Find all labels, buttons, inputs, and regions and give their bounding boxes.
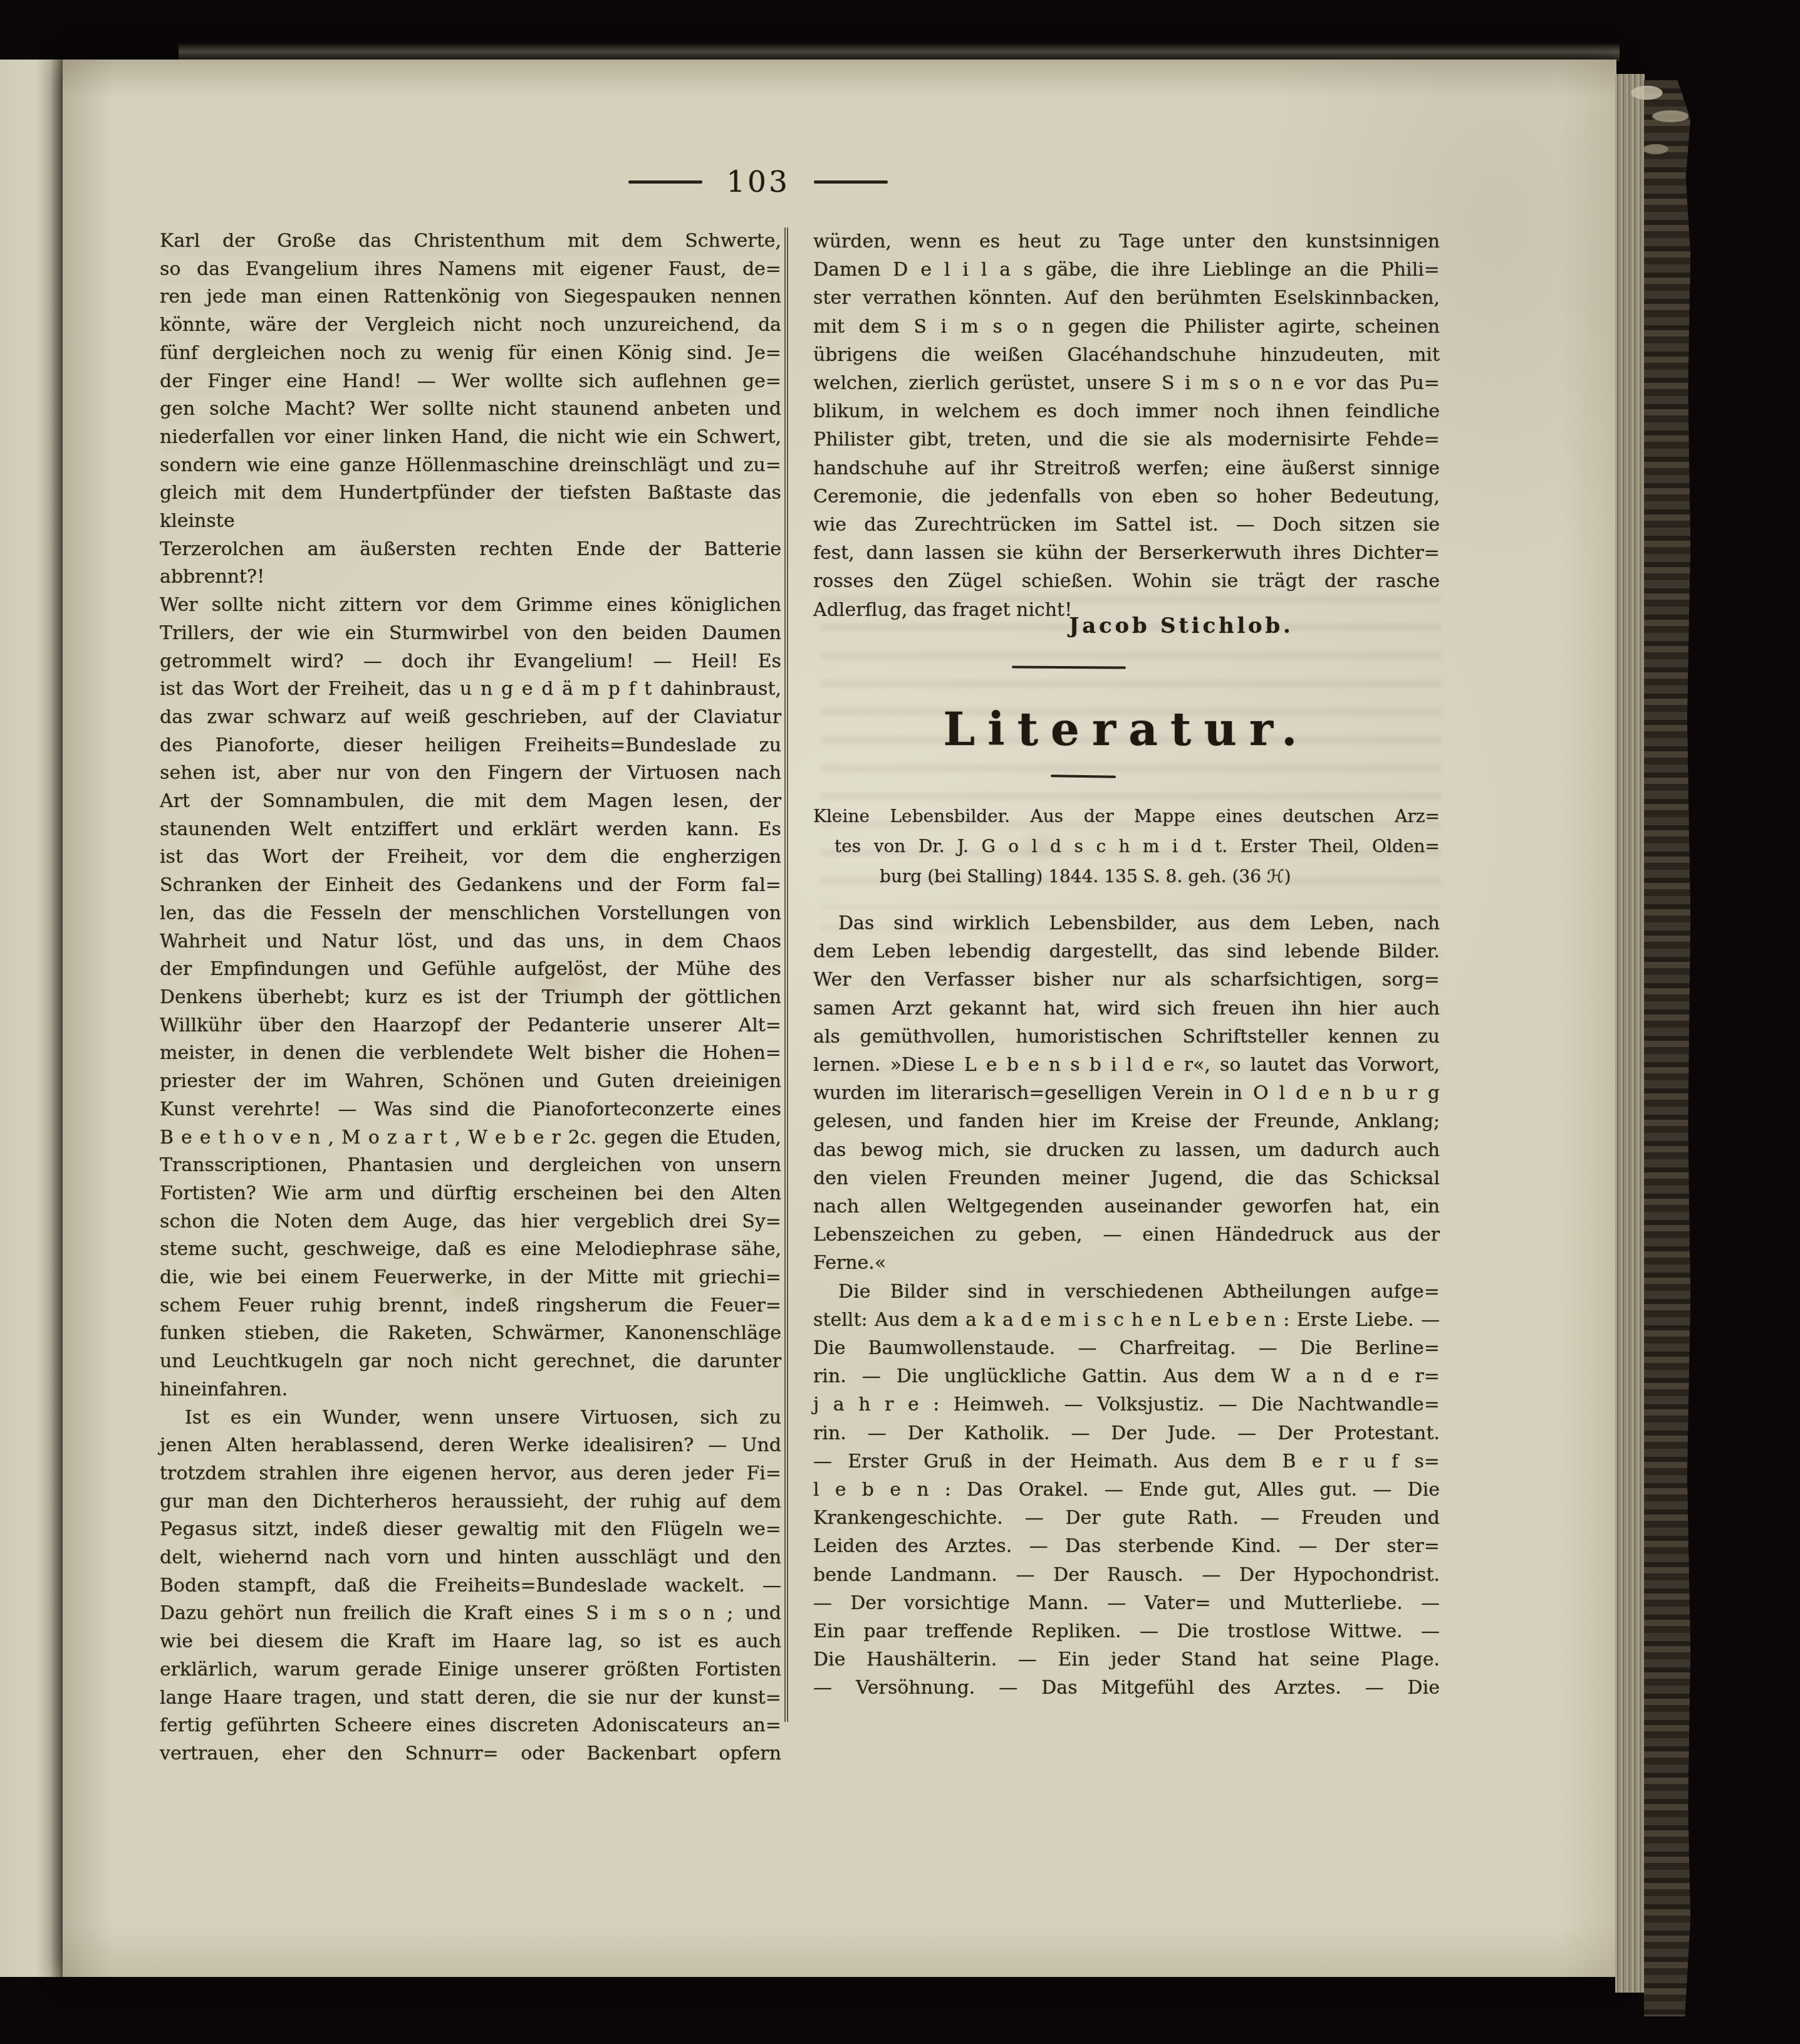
left-column: Karl der Große das Christenthum mit dem … <box>160 227 781 1768</box>
text-line: so das Evangelium ihres Namens mit eigen… <box>160 256 781 284</box>
header-rule-left <box>628 180 702 184</box>
text-line: bende Landmann. — Der Rausch. — Der Hypo… <box>813 1561 1440 1589</box>
text-line: Kunst verehrte! — Was sind die Pianofort… <box>160 1096 781 1124</box>
text-line: len, das die Fesseln der menschlichen Vo… <box>160 900 781 928</box>
text-line: lange Haare tragen, und statt deren, die… <box>160 1684 781 1713</box>
text-line: schon die Noten dem Auge, das hier verge… <box>160 1208 781 1236</box>
text-line: handschuhe auf ihr Streitroß werfen; ein… <box>813 454 1440 482</box>
text-line: B e e t h o v e n , M o z a r t , W e b … <box>160 1124 781 1152</box>
text-line: der Empfindungen und Gefühle aufgelöst, … <box>160 956 781 984</box>
book-block-top-edge <box>179 44 1620 61</box>
text-line: priester der im Wahren, Schönen und Gute… <box>160 1068 781 1096</box>
text-line: mit dem S i m s o n gegen die Philister … <box>813 313 1440 341</box>
text-line: Leiden des Arztes. — Das sterbende Kind.… <box>813 1532 1440 1560</box>
text-line: vertrauen, eher den Schnurr= oder Backen… <box>160 1740 781 1768</box>
text-line: gen solche Macht? Wer sollte nicht staun… <box>160 395 781 424</box>
text-line: Damen D e l i l a s gäbe, die ihre Liebl… <box>813 256 1440 284</box>
text-line: trotzdem strahlen ihre eigenen hervor, a… <box>160 1460 781 1488</box>
right-column-intro: würden, wenn es heut zu Tage unter den k… <box>813 227 1440 624</box>
text-line: Boden stampft, daß die Freiheits=Bundesl… <box>160 1572 781 1600</box>
text-line: rosses den Zügel schießen. Wohin sie trä… <box>813 567 1440 595</box>
text-line: erklärlich, warum gerade Einige unserer … <box>160 1656 781 1684</box>
text-line: Das sind wirklich Lebensbilder, aus dem … <box>813 909 1440 937</box>
text-line: würden, wenn es heut zu Tage unter den k… <box>813 227 1440 256</box>
text-line: dem Leben lebendig dargestellt, das sind… <box>813 937 1440 966</box>
text-line: Ist es ein Wunder, wenn unsere Virtuosen… <box>160 1404 781 1432</box>
text-line: Transscriptionen, Phantasien und derglei… <box>160 1152 781 1180</box>
facing-page-edge <box>0 60 65 1977</box>
book-cover-edge <box>1644 80 1690 2016</box>
text-line: fest, dann lassen sie kühn der Berserker… <box>813 539 1440 567</box>
text-line: ren jede man einen Rattenkönig von Siege… <box>160 283 781 311</box>
text-line: Pegasus sitzt, indeß dieser gewaltig mit… <box>160 1516 781 1544</box>
text-line: ster verrathen könnten. Auf den berühmte… <box>813 284 1440 312</box>
text-line: Wer sollte nicht zittern vor dem Grimme … <box>160 592 781 620</box>
citation-line: tes von Dr. J. G o l d s c h m i d t. Er… <box>813 832 1440 862</box>
text-line: getrommelt wird? — doch ihr Evangelium! … <box>160 648 781 676</box>
header-rule-right <box>814 180 888 184</box>
text-line: rin. — Der Katholik. — Der Jude. — Der P… <box>813 1419 1440 1447</box>
text-line: j a h r e : Heimweh. — Volksjustiz. — Di… <box>813 1390 1440 1419</box>
text-line: — Versöhnung. — Das Mitgefühl des Arztes… <box>813 1674 1440 1702</box>
column-divider-rule <box>784 227 788 1722</box>
text-line: Denkens überhebt; kurz es ist der Triump… <box>160 984 781 1012</box>
text-line: Wer den Verfasser bisher nur als scharfs… <box>813 966 1440 994</box>
section-title: Literatur. <box>813 702 1440 756</box>
text-line: Die Bilder sind in verschiedenen Abtheil… <box>813 1278 1440 1306</box>
text-line: gleich mit dem Hundertpfünder der tiefst… <box>160 479 781 535</box>
text-line: steme sucht, geschweige, daß es eine Mel… <box>160 1236 781 1264</box>
text-line: Trillers, der wie ein Sturmwirbel von de… <box>160 620 781 648</box>
text-line: Karl der Große das Christenthum mit dem … <box>160 227 781 256</box>
text-line: die, wie bei einem Feuerwerke, in der Mi… <box>160 1264 781 1292</box>
text-line: Schranken der Einheit des Gedankens und … <box>160 872 781 900</box>
text-line: staunenden Welt entziffert und erklärt w… <box>160 816 781 844</box>
text-line: Terzerolchen am äußersten rechten Ende d… <box>160 536 781 592</box>
book-scan: 103 Karl der Große das Christenthum mit … <box>0 0 1800 2044</box>
text-line: das bewog mich, sie drucken zu lassen, u… <box>813 1136 1440 1164</box>
text-line: meister, in denen die verblendete Welt b… <box>160 1040 781 1068</box>
citation-line: burg (bei Stalling) 1844. 135 S. 8. geh.… <box>813 862 1440 892</box>
review-text: Das sind wirklich Lebensbilder, aus dem … <box>813 909 1440 1702</box>
text-line: Fortisten? Wie arm und dürftig erscheine… <box>160 1180 781 1208</box>
text-line: sehen ist, aber nur von den Fingern der … <box>160 759 781 788</box>
text-line: lernen. »Diese L e b e n s b i l d e r«,… <box>813 1051 1440 1079</box>
book-citation: Kleine Lebensbilder. Aus der Mappe eines… <box>813 801 1440 892</box>
text-line: delt, wiehernd nach vorn und hinten auss… <box>160 1544 781 1572</box>
text-line: Die Baumwollenstaude. — Charfreitag. — D… <box>813 1334 1440 1362</box>
text-line: Ferne.« <box>813 1249 1440 1277</box>
page-block-fore-edge <box>1615 74 1645 1993</box>
text-line: und Leuchtkugeln gar noch nicht gerechne… <box>160 1348 781 1376</box>
text-line: fünf dergleichen noch zu wenig für einen… <box>160 340 781 368</box>
text-line: nach allen Weltgegenden auseinander gewo… <box>813 1192 1440 1221</box>
text-line: ist das Wort der Freiheit, vor dem die e… <box>160 843 781 872</box>
text-line: sondern wie eine ganze Höllenmaschine dr… <box>160 452 781 480</box>
text-line: stellt: Aus dem a k a d e m i s c h e n … <box>813 1306 1440 1334</box>
text-line: übrigens die weißen Glacéhandschuhe hinz… <box>813 341 1440 369</box>
section-separator-rule <box>1012 665 1126 669</box>
text-line: Die Haushälterin. — Ein jeder Stand hat … <box>813 1645 1440 1674</box>
text-line: Dazu gehört nun freilich die Kraft eines… <box>160 1600 781 1628</box>
text-line: l e b e n : Das Orakel. — Ende gut, Alle… <box>813 1476 1440 1504</box>
text-line: des Pianoforte, dieser heiligen Freiheit… <box>160 732 781 760</box>
text-line: wie das Zurechtrücken im Sattel ist. — D… <box>813 511 1440 539</box>
text-line: blikum, in welchem es doch immer noch ih… <box>813 397 1440 425</box>
text-line: das zwar schwarz auf weiß geschrieben, a… <box>160 704 781 732</box>
text-line: der Finger eine Hand! — Wer wollte sich … <box>160 368 781 396</box>
text-line: Ein paar treffende Repliken. — Die trost… <box>813 1617 1440 1645</box>
cover-frayed-corner <box>1629 74 1688 168</box>
citation-line: Kleine Lebensbilder. Aus der Mappe eines… <box>813 801 1440 832</box>
text-line: gur man den Dichterheros heraussieht, de… <box>160 1488 781 1516</box>
text-line: Wahrheit und Natur löst, und das uns, in… <box>160 928 781 956</box>
text-line: könnte, wäre der Vergleich nicht noch un… <box>160 311 781 340</box>
text-line: fertig geführten Scheere eines discreten… <box>160 1712 781 1740</box>
text-line: welchen, zierlich gerüstet, unsere S i m… <box>813 369 1440 397</box>
text-line: ist das Wort der Freiheit, das u n g e d… <box>160 675 781 704</box>
text-line: Ceremonie, die jedenfalls von eben so ho… <box>813 482 1440 511</box>
book-page: 103 Karl der Große das Christenthum mit … <box>63 60 1616 1977</box>
text-line: — Der vorsichtige Mann. — Vater= und Mut… <box>813 1589 1440 1617</box>
text-line: hineinfahren. <box>160 1376 781 1404</box>
page-number: 103 <box>726 165 790 199</box>
text-line: gelesen, und fanden hier im Kreise der F… <box>813 1107 1440 1135</box>
text-line: Art der Somnambulen, die mit dem Magen l… <box>160 788 781 816</box>
text-line: jenen Alten herablassend, deren Werke id… <box>160 1432 781 1460</box>
text-line: — Erster Gruß in der Heimath. Aus dem B … <box>813 1447 1440 1476</box>
text-line: funken stieben, die Raketen, Schwärmer, … <box>160 1320 781 1348</box>
text-line: den vielen Freunden meiner Jugend, die d… <box>813 1164 1440 1192</box>
text-line: niederfallen vor einer linken Hand, die … <box>160 424 781 452</box>
text-line: als gemüthvollen, humoristischen Schrift… <box>813 1023 1440 1051</box>
text-line: samen Arzt gekannt hat, wird sich freuen… <box>813 994 1440 1023</box>
text-line: Willkühr über den Haarzopf der Pedanteri… <box>160 1012 781 1040</box>
text-line: Lebenszeichen zu geben, — einen Händedru… <box>813 1221 1440 1249</box>
author-signature: Jacob Stichlob. <box>813 613 1440 639</box>
text-line: Krankengeschichte. — Der gute Rath. — Fr… <box>813 1504 1440 1532</box>
text-line: Philister gibt, treten, und die sie als … <box>813 425 1440 454</box>
text-line: rin. — Die unglückliche Gattin. Aus dem … <box>813 1362 1440 1390</box>
running-head: 103 <box>595 165 921 199</box>
title-underline-rule <box>1051 774 1116 778</box>
text-line: wie bei diesem die Kraft im Haare lag, s… <box>160 1628 781 1656</box>
text-line: schem Feuer ruhig brennt, indeß ringsher… <box>160 1292 781 1320</box>
text-line: wurden im literarisch=geselligen Verein … <box>813 1079 1440 1107</box>
